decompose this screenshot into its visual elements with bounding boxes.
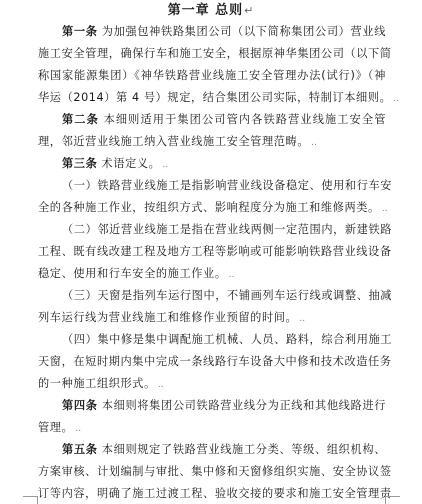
line-text: 列车运行线为营业线施工和维修作业预留的时间。 xyxy=(38,311,297,324)
paragraph-mark-icon: .. xyxy=(158,380,164,390)
line-text: （四）集中修是集中调配施工机械、人员、路料，综合利用施工 xyxy=(62,333,392,346)
line-text: 称国家能源集团）《神华铁路营业线施工安全管理办法(试行)》（神 xyxy=(38,69,386,82)
document-page: 第一章 总则↵ 第一条 为加强包神铁路集团公司（以下简称集团公司）营业线施工安全… xyxy=(0,0,422,504)
text-line: （二）邻近营业线施工是指在营业线两侧一定范围内，新建铁路 xyxy=(62,220,386,240)
text-line: 工程、既有线改建工程及地方工程等影响或可能影响铁路营业线设备 xyxy=(38,242,386,262)
paragraph-mark-icon: ↵ xyxy=(244,4,254,17)
line-text: 订等内容，明确了施工过渡工程、验收交接的要求和施工安全管理责 xyxy=(38,487,392,500)
text-line: 施工安全管理，确保行车和施工安全，根据原神华集团公司（以下简 xyxy=(38,44,386,64)
line-text: 稳定、使用和行车安全的施工作业。 xyxy=(38,267,227,280)
page-corner-left-mark xyxy=(23,496,38,504)
line-text: 工程、既有线改建工程及地方工程等影响或可能影响铁路营业线设备 xyxy=(38,245,392,258)
text-line: 理，邻近营业线施工纳入营业线施工安全管理范畴。.. xyxy=(38,132,386,152)
text-line: 第一条 为加强包神铁路集团公司（以下简称集团公司）营业线 xyxy=(62,22,386,42)
article-number: 第一条 xyxy=(62,25,98,38)
line-text: 本细则规定了铁路营业线施工分类、等级、组织机构、 xyxy=(98,443,386,456)
text-line: 管理。.. xyxy=(38,418,386,438)
line-text: 方案审核、计划编制与审批、集中修和天窗修组织实施、安全协议签 xyxy=(38,465,392,478)
text-line: 列车运行线为营业线施工和维修作业预留的时间。.. xyxy=(38,308,386,328)
text-line: 天窗，在短时期内集中完成一条线路行车设备大中修和技术改造任务 xyxy=(38,352,386,372)
paragraph-mark-icon: .. xyxy=(162,160,168,170)
line-text: 天窗，在短时期内集中完成一条线路行车设备大中修和技术改造任务 xyxy=(38,355,392,368)
line-text: （一）铁路营业线施工是指影响营业线设备稳定、使用和行车安 xyxy=(62,179,392,192)
text-line: （一）铁路营业线施工是指影响营业线设备稳定、使用和行车安 xyxy=(62,176,386,196)
article-number: 第五条 xyxy=(62,443,98,456)
line-text: 华运（2014）第 4 号）规定，结合集团公司实际，特制订本细则。 xyxy=(38,91,391,104)
line-text: （二）邻近营业线施工是指在营业线两侧一定范围内，新建铁路 xyxy=(62,223,392,236)
line-text: 管理。 xyxy=(38,421,73,434)
paragraph-mark-icon: .. xyxy=(382,204,388,214)
text-line: （三）天窗是指列车运行图中，不铺画列车运行线或调整、抽减 xyxy=(62,286,386,306)
text-line: 的一种施工组织形式。.. xyxy=(38,374,386,394)
paragraph-mark-icon: .. xyxy=(311,138,317,148)
text-line: 第二条 本细则适用于集团公司管内各铁路营业线施工安全管 xyxy=(62,110,386,130)
line-text: 全的各种施工作业，按组织方式、影响程度分为施工和维修两类。 xyxy=(38,201,380,214)
text-line: 第四条 本细则将集团公司铁路营业线分为正线和其他线路进行 xyxy=(62,396,386,416)
line-text: 施工安全管理，确保行车和施工安全，根据原神华集团公司（以下简 xyxy=(38,47,392,60)
chapter-title: 第一章 总则↵ xyxy=(0,1,422,21)
text-line: 华运（2014）第 4 号）规定，结合集团公司实际，特制订本细则。.. xyxy=(38,88,386,108)
paragraph-mark-icon: .. xyxy=(299,314,305,324)
line-text: （三）天窗是指列车运行图中，不铺画列车运行线或调整、抽减 xyxy=(62,289,392,302)
line-text: 理，邻近营业线施工纳入营业线施工安全管理范畴。 xyxy=(38,135,309,148)
chapter-title-text: 第一章 总则 xyxy=(168,3,244,18)
text-line: 稳定、使用和行车安全的施工作业。.. xyxy=(38,264,386,284)
article-number: 第二条 xyxy=(62,113,99,126)
paragraph-mark-icon: .. xyxy=(393,94,399,104)
line-text: 本细则适用于集团公司管内各铁路营业线施工安全管 xyxy=(99,113,386,126)
text-line: （四）集中修是集中调配施工机械、人员、路料，综合利用施工 xyxy=(62,330,386,350)
line-text: 术语定义。 xyxy=(97,157,160,170)
line-text: 的一种施工组织形式。 xyxy=(38,377,156,390)
text-line: 第三条 术语定义。.. xyxy=(62,154,386,174)
text-line: 称国家能源集团）《神华铁路营业线施工安全管理办法(试行)》（神 xyxy=(38,66,386,86)
article-number: 第三条 xyxy=(62,157,97,170)
article-number: 第四条 xyxy=(62,399,98,412)
text-line: 方案审核、计划编制与审批、集中修和天窗修组织实施、安全协议签 xyxy=(38,462,386,482)
page-corner-right-mark xyxy=(385,496,400,504)
text-line: 第五条 本细则规定了铁路营业线施工分类、等级、组织机构、 xyxy=(62,440,386,460)
paragraph-mark-icon: .. xyxy=(229,270,235,280)
line-text: 本细则将集团公司铁路营业线分为正线和其他线路进行 xyxy=(98,399,386,412)
paragraph-mark-icon: .. xyxy=(75,424,81,434)
text-line: 全的各种施工作业，按组织方式、影响程度分为施工和维修两类。.. xyxy=(38,198,386,218)
line-text: 为加强包神铁路集团公司（以下简称集团公司）营业线 xyxy=(98,25,386,38)
text-line: 订等内容，明确了施工过渡工程、验收交接的要求和施工安全管理责 xyxy=(38,484,386,504)
